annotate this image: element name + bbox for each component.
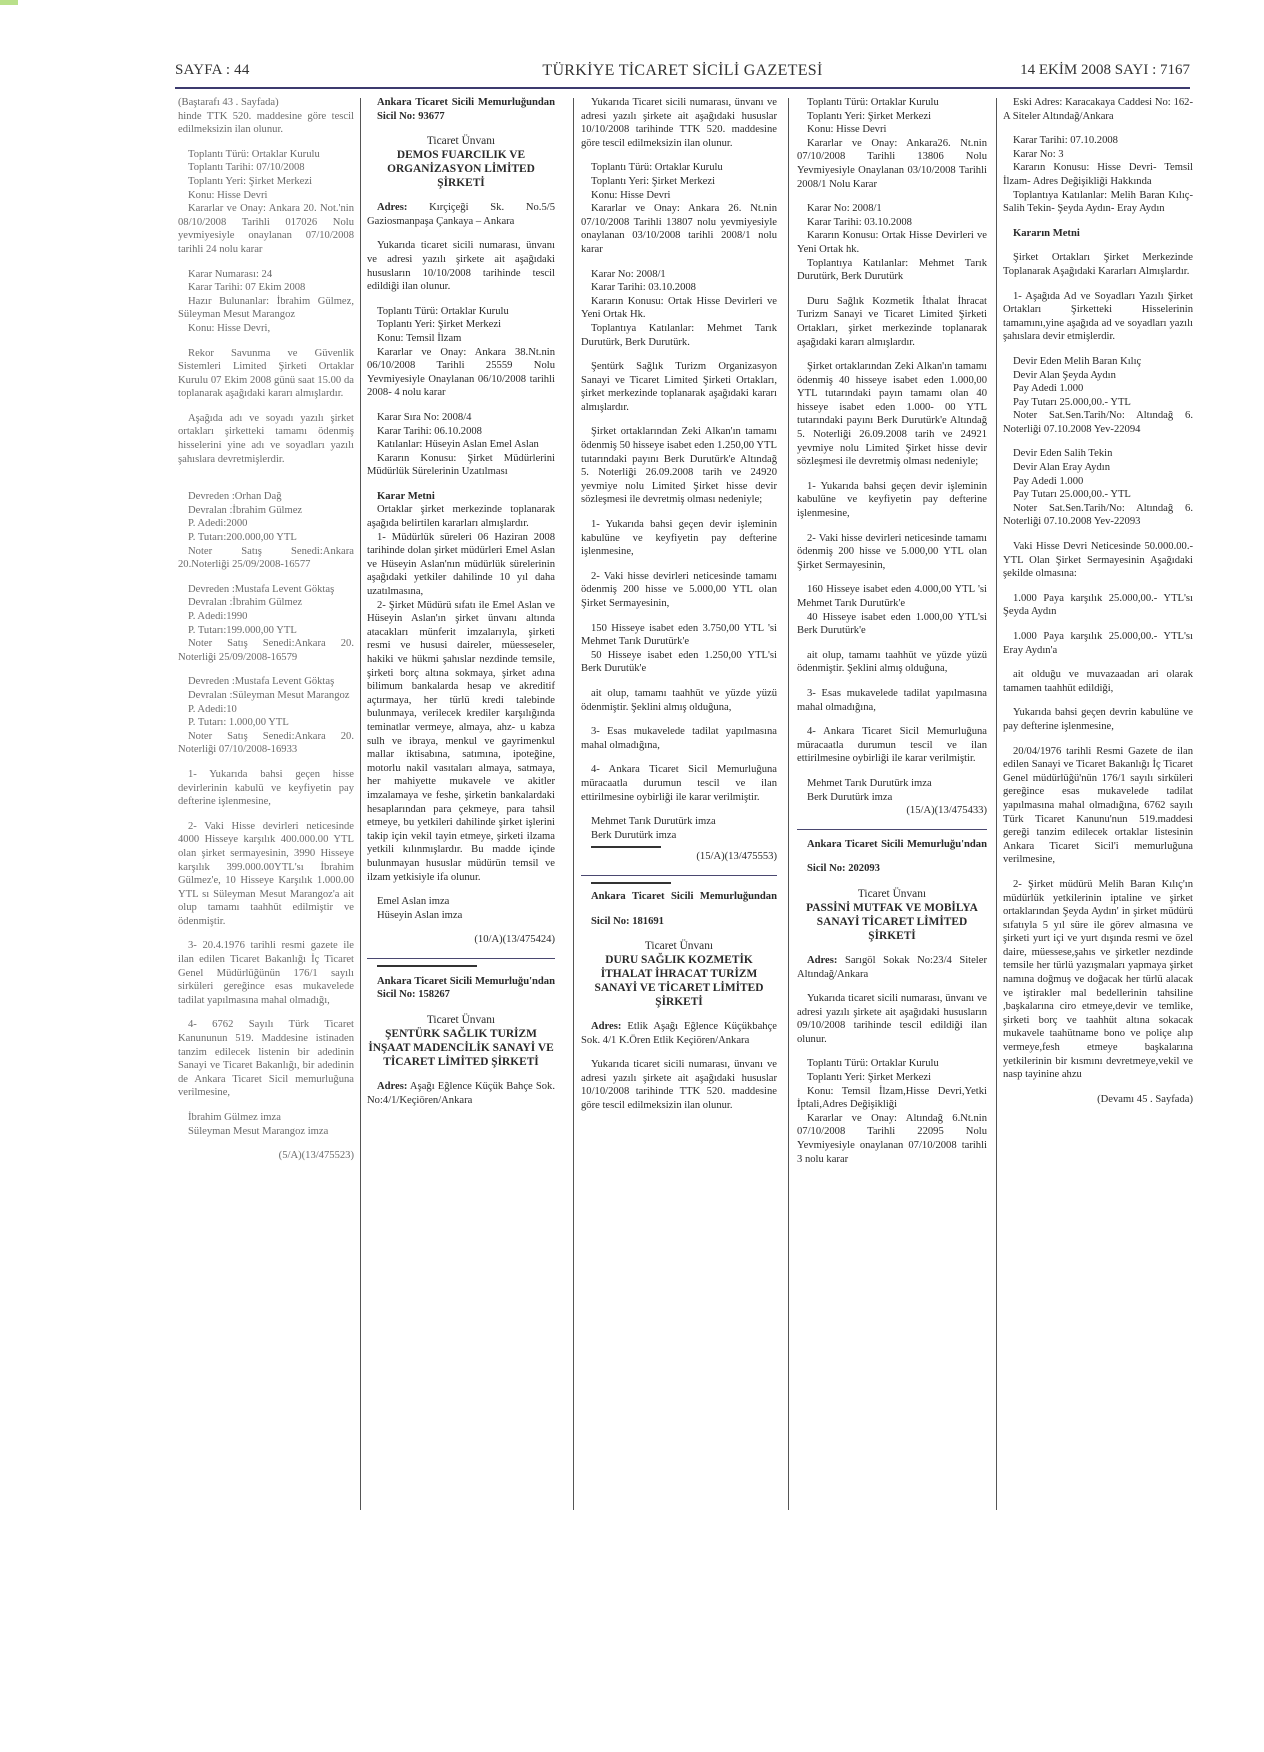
decision-number: Karar No: 3 (1003, 148, 1193, 162)
page-header: SAYFA : 44 TÜRKİYE TİCARET SİCİLİ GAZETE… (175, 60, 1190, 86)
participants: Toplantıya Katılanlar: Mehmet Tarık Duru… (581, 322, 777, 349)
attendees: Hazır Bulunanlar: İbrahim Gülmez, Süleym… (178, 295, 354, 322)
share-line: 160 Hisseye isabet eden 4.000,00 YTL 'si… (797, 583, 987, 610)
meeting-subject: Konu: Temsil İlzam (367, 332, 555, 346)
company-title: Ticaret Ünvanı DEMOS FUARCILIK VE ORGANİ… (367, 134, 555, 190)
title-label: Ticaret Ünvanı (367, 134, 555, 148)
intro-text: hinde TTK 520. maddesine göre tescil edi… (178, 110, 354, 137)
approval-text: Kararlar ve Onay: Altındağ 6.Nt.nin 07/1… (797, 1112, 987, 1166)
paragraph: ait olup, tamamı taahhüt ve yüzde yüzü ö… (797, 649, 987, 676)
paragraph: Vaki Hisse Devri Neticesinde 50.000.00.-… (1003, 540, 1193, 581)
approval-text: Kararlar ve Onay: Ankara 26. Nt.nin 07/1… (581, 202, 777, 256)
transfer-record: Devreden :Mustafa Levent Göktaş Devralan… (178, 583, 354, 665)
decision-date: Karar Tarihi: 07 Ekim 2008 (178, 281, 354, 295)
transferee: Devir Alan Eray Aydın (1003, 461, 1193, 475)
notice-dash (591, 882, 671, 884)
signature: Mehmet Tarık Durutürk imza (797, 777, 987, 791)
transferor: Devreden :Mustafa Levent Göktaş (178, 583, 354, 597)
meeting-type: Toplantı Türü: Ortaklar Kurulu (797, 96, 987, 110)
share-amount: P. Tutarı: 1.000,00 YTL (178, 716, 354, 730)
item-3: 3- 20.4.1976 tarihli resmi gazete ile il… (178, 939, 354, 1007)
registry-office: Ankara Ticaret Sicili Memurluğu'ndan (797, 838, 987, 852)
continued-from: (Baştarafı 43 . Sayfada) (178, 96, 354, 110)
company-name: PASSİNİ MUTFAK VE MOBİLYA SANAYİ TİCARET… (806, 902, 978, 942)
signature: Emel Aslan imza (367, 895, 555, 909)
decision-number: Karar No: 2008/1 (797, 202, 987, 216)
participants: Toplantıya Katılanlar: Mehmet Tarık Duru… (797, 257, 987, 284)
signature: İbrahim Gülmez imza (178, 1111, 354, 1125)
registry-number: Sicil No: 158267 (367, 988, 555, 1002)
notary-info: Noter Satış Senedi:Ankara 20. Noterliği … (178, 637, 354, 664)
office-name: Ankara Ticaret Sicili Memurluğundan (581, 890, 777, 904)
item-2: 2- Vaki Hisse devirleri neticesinde 4000… (178, 820, 354, 929)
item-4: 4- 6762 Sayılı Türk Ticaret Kanununun 51… (178, 1018, 354, 1100)
title-label: Ticaret Ünvanı (581, 939, 777, 953)
signature: Berk Durutürk imza (797, 791, 987, 805)
share-distribution: 150 Hisseye isabet eden 3.750,00 YTL 'si… (581, 622, 777, 676)
decision-text: Karar Metni Ortaklar şirket merkezinde t… (367, 490, 555, 884)
meeting-type: Toplantı Türü: Ortaklar Kurulu (367, 305, 555, 319)
transferee: Devralan :Süleyman Mesut Marangoz (178, 689, 354, 703)
share-line: 1.000 Paya karşılık 25.000,00.- YTL'sı Ş… (1003, 592, 1193, 619)
transferee: Devralan :İbrahim Gülmez (178, 504, 354, 518)
registry-office: Ankara Ticaret Sicili Memurluğundan Sici… (367, 96, 555, 123)
item-1: 1- Müdürlük süreleri 06 Haziran 2008 tar… (367, 531, 555, 599)
decision-number: Karar No: 2008/1 (581, 268, 777, 282)
reference-code: (10/A)(13/475424) (367, 933, 555, 947)
decision-text-heading: Kararın Metni (1003, 227, 1193, 241)
meeting-type: Toplantı Türü: Ortaklar Kurulu (581, 161, 777, 175)
notary-info: Noter Satış Senedi:Ankara 20. Noterliği … (178, 730, 354, 757)
meeting-subject: Konu: Hisse Devri (581, 189, 777, 203)
signatures: Emel Aslan imza Hüseyin Aslan imza (367, 895, 555, 922)
notary-info: Noter Satış Senedi:Ankara 20.Noterliği 2… (178, 545, 354, 572)
participants: Katılanlar: Hüseyin Aslan Emel Aslan (367, 438, 555, 452)
transferee: Devralan :İbrahim Gülmez (178, 596, 354, 610)
signatures: Mehmet Tarık Durutürk imza Berk Durutürk… (797, 777, 987, 804)
intro-text: Yukarıda Ticaret sicili numarası, ünvanı… (581, 96, 777, 150)
share-line: 50 Hisseye isabet eden 1.250,00 YTL'si B… (581, 649, 777, 676)
notice-separator (581, 875, 777, 876)
share-amount: P. Tutarı:200.000,00 YTL (178, 531, 354, 545)
decision-date: Karar Tarihi: 06.10.2008 (367, 425, 555, 439)
paragraph: Rekor Savunma ve Güvenlik Sistemleri Lim… (178, 347, 354, 401)
column-1: (Baştarafı 43 . Sayfada) hinde TTK 520. … (178, 96, 354, 1174)
office-name: Ankara Ticaret Sicili Memurluğu'ndan (367, 975, 555, 989)
reference-code: (15/A)(13/475433) (797, 804, 987, 818)
decision-text-heading: Karar Metni (367, 490, 555, 504)
decision-info: Karar Tarihi: 07.10.2008 Karar No: 3 Kar… (1003, 134, 1193, 216)
column-divider (360, 98, 361, 1510)
column-2: Ankara Ticaret Sicili Memurluğundan Sici… (367, 96, 555, 1118)
share-count: P. Adedi:10 (178, 703, 354, 717)
notary-info: Noter Sat.Sen.Tarih/No: Altındağ 6. Note… (1003, 409, 1193, 436)
address: Adres: Aşağı Eğlence Küçük Bahçe Sok. No… (367, 1080, 555, 1107)
item-1: 1- Yukarıda bahsi geçen devir işleminin … (797, 480, 987, 521)
item-4: 4- Ankara Ticaret Sicil Memurluğuna müra… (797, 725, 987, 766)
share-count: Pay Adedi 1.000 (1003, 382, 1193, 396)
subject: Kararın Konusu: Şirket Müdürlerini Müdür… (367, 452, 555, 479)
approval-text: Kararlar ve Onay: Ankara26. Nt.nin 07/10… (797, 137, 987, 191)
meeting-info: Toplantı Türü: Ortaklar Kurulu Toplantı … (797, 96, 987, 191)
share-amount: Pay Tutarı 25.000,00.- YTL (1003, 396, 1193, 410)
share-amount: Pay Tutarı 25.000,00.- YTL (1003, 488, 1193, 502)
registry-office: Ankara Ticaret Sicili Memurluğu'ndan Sic… (367, 975, 555, 1002)
address-label: Adres: (377, 202, 407, 213)
share-count: P. Adedi:1990 (178, 610, 354, 624)
item-1: 1- Yukarıda bahsi geçen hisse devirlerin… (178, 768, 354, 809)
signature: Süleyman Mesut Marangoz imza (178, 1125, 354, 1139)
share-line: 1.000 Paya karşılık 25.000,00.- YTL'sı E… (1003, 630, 1193, 657)
transferor: Devreden :Orhan Dağ (178, 490, 354, 504)
item-3: 3- Esas mukavelede tadilat yapılmasına m… (581, 725, 777, 752)
column-4: Toplantı Türü: Ortaklar Kurulu Toplantı … (797, 96, 987, 1177)
company-title: Ticaret Ünvanı ŞENTÜRK SAĞLIK TURİZM İNŞ… (367, 1013, 555, 1069)
subject: Kararın Konusu: Ortak Hisse Devirleri ve… (797, 229, 987, 256)
decision-date: Karar Tarihi: 07.10.2008 (1003, 134, 1193, 148)
item-2: 2- Vaki hisse devirleri neticesinde tama… (797, 532, 987, 573)
subject: Konu: Hisse Devri, (178, 322, 354, 336)
registry-number: Sicil No: 202093 (797, 862, 987, 876)
item-4: 4- Ankara Ticaret Sicil Memurluğuna müra… (581, 763, 777, 804)
share-count: Pay Adedi 1.000 (1003, 475, 1193, 489)
share-count: P. Adedi:2000 (178, 517, 354, 531)
meeting-type: Toplantı Türü: Ortaklar Kurulu (178, 148, 354, 162)
meeting-place: Toplantı Yeri: Şirket Merkezi (178, 175, 354, 189)
registry-number: Sicil No: 181691 (581, 915, 777, 929)
column-3: Yukarıda Ticaret sicili numarası, ünvanı… (581, 96, 777, 1124)
company-title: Ticaret Ünvanı DURU SAĞLIK KOZMETİK İTHA… (581, 939, 777, 1009)
paragraph: Aşağıda adı ve soyadı yazılı şirket orta… (178, 412, 354, 466)
paragraph: Duru Sağlık Kozmetik İthalat İhracat Tur… (797, 295, 987, 349)
signatures: İbrahim Gülmez imza Süleyman Mesut Maran… (178, 1111, 354, 1138)
transferor: Devir Eden Salih Tekin (1003, 447, 1193, 461)
decision-number: Karar Numarası: 24 (178, 268, 354, 282)
approval-text: Kararlar ve Onay: Ankara 38.Nt.nin 06/10… (367, 346, 555, 400)
column-divider (788, 98, 789, 1510)
column-divider (996, 98, 997, 1510)
signature: Mehmet Tarık Durutürk imza (581, 815, 777, 829)
paragraph: Şentürk Sağlık Turizm Organizasyon Sanay… (581, 360, 777, 414)
column-5: Eski Adres: Karacakaya Caddesi No: 162- … (1003, 96, 1193, 1117)
old-address: Eski Adres: Karacakaya Caddesi No: 162- … (1003, 96, 1193, 123)
share-distribution: 160 Hisseye isabet eden 4.000,00 YTL 'si… (797, 583, 987, 637)
transferee: Devir Alan Şeyda Aydın (1003, 369, 1193, 383)
meeting-type: Toplantı Türü: Ortaklar Kurulu (797, 1057, 987, 1071)
header-rule (175, 87, 1190, 89)
meeting-date: Toplantı Tarihi: 07/10/2008 (178, 161, 354, 175)
signature: Hüseyin Aslan imza (367, 909, 555, 923)
approval-text: Kararlar ve Onay: Ankara 20. Not.'nin 08… (178, 202, 354, 256)
meeting-info: Toplantı Türü: Ortaklar Kurulu Toplantı … (367, 305, 555, 400)
decision-info: Karar Numarası: 24 Karar Tarihi: 07 Ekim… (178, 268, 354, 336)
paragraph: Şirket ortaklarından Zeki Alkan'ın tamam… (581, 425, 777, 507)
meeting-subject: Konu: Temsil İlzam,Hisse Devri,Yetki İpt… (797, 1085, 987, 1112)
notary-info: Noter Sat.Sen.Tarih/No: Altındağ 6. Note… (1003, 502, 1193, 529)
title-label: Ticaret Ünvanı (797, 887, 987, 901)
registry-office: Ankara Ticaret Sicili Memurluğundan (581, 890, 777, 904)
meeting-subject: Konu: Hisse Devri (797, 123, 987, 137)
subject: Kararın Konusu: Ortak Hisse Devirleri ve… (581, 295, 777, 322)
continued-on: (Devamı 45 . Sayfada) (1003, 1093, 1193, 1107)
share-line: 150 Hisseye isabet eden 3.750,00 YTL 'si… (581, 622, 777, 649)
decision-info: Karar No: 2008/1 Karar Tarihi: 03.10.200… (581, 268, 777, 350)
decision-info: Karar No: 2008/1 Karar Tarihi: 03.10.200… (797, 202, 987, 284)
notice-separator (367, 958, 555, 959)
reference-code: (5/A)(13/475523) (178, 1149, 354, 1163)
meeting-info: Toplantı Türü: Ortaklar Kurulu Toplantı … (178, 148, 354, 257)
notice-dash (377, 965, 477, 967)
transfer-record: Devir Eden Salih Tekin Devir Alan Eray A… (1003, 447, 1193, 529)
transferor: Devir Eden Melih Baran Kılıç (1003, 355, 1193, 369)
paragraph: ait olup, tamamı taahhüt ve yüzde yüzü ö… (581, 687, 777, 714)
company-name: DEMOS FUARCILIK VE ORGANİZASYON LİMİTED … (387, 149, 535, 189)
intro-text: Yukarıda ticaret sicili numarası, ünvanı… (581, 1058, 777, 1112)
meeting-info: Toplantı Türü: Ortaklar Kurulu Toplantı … (797, 1057, 987, 1166)
item-1: 1- Aşağıda Ad ve Soyadları Yazılı Şirket… (1003, 290, 1193, 344)
share-line: 40 Hisseye isabet eden 1.000,00 YTL'si B… (797, 611, 987, 638)
title-label: Ticaret Ünvanı (367, 1013, 555, 1027)
address-label: Adres: (591, 1021, 621, 1032)
meeting-place: Toplantı Yeri: Şirket Merkezi (367, 318, 555, 332)
notice-dash (591, 846, 661, 848)
office-name: Ankara Ticaret Sicili Memurluğu'ndan (797, 838, 987, 852)
decision-info: Karar Sıra No: 2008/4 Karar Tarihi: 06.1… (367, 411, 555, 479)
meeting-info: Toplantı Türü: Ortaklar Kurulu Toplantı … (581, 161, 777, 256)
paragraph: 20/04/1976 tarihli Resmi Gazete de ilan … (1003, 745, 1193, 867)
paragraph: Yukarıda bahsi geçen devrin kabulüne ve … (1003, 706, 1193, 733)
meeting-place: Toplantı Yeri: Şirket Merkezi (581, 175, 777, 189)
scan-corner-mark (0, 0, 18, 5)
signatures: Mehmet Tarık Durutürk imza Berk Durutürk… (581, 815, 777, 842)
transferor: Devreden :Mustafa Levent Göktaş (178, 675, 354, 689)
transfer-record: Devir Eden Melih Baran Kılıç Devir Alan … (1003, 355, 1193, 437)
item-2: 2- Şirket Müdürü sıfatı ile Emel Aslan v… (367, 599, 555, 884)
issue-date: 14 EKİM 2008 SAYI : 7167 (1020, 62, 1190, 79)
address: Adres: Sarıgöl Sokak No:23/4 Siteler Alt… (797, 954, 987, 981)
meeting-subject: Konu: Hisse Devri (178, 189, 354, 203)
office-name: Ankara Ticaret Sicili Memurluğundan (367, 96, 555, 110)
item-1: 1- Yukarıda bahsi geçen devir işleminin … (581, 518, 777, 559)
item-2: 2- Vaki hisse devirleri neticesinde tama… (581, 570, 777, 611)
transfer-record: Devreden :Mustafa Levent Göktaş Devralan… (178, 675, 354, 757)
participants: Toplantıya Katılanlar: Melih Baran Kılıç… (1003, 189, 1193, 216)
subject: Kararın Konusu: Hisse Devri- Temsil İlza… (1003, 161, 1193, 188)
company-name: DURU SAĞLIK KOZMETİK İTHALAT İHRACAT TUR… (595, 954, 764, 1008)
column-divider (573, 98, 574, 1510)
intro-text: Yukarıda ticaret sicili numarası, ünvanı… (797, 992, 987, 1046)
item-2: 2- Şirket müdürü Melih Baran Kılıç'ın mü… (1003, 878, 1193, 1082)
address: Adres: Etlik Aşağı Eğlence Küçükbahçe So… (581, 1020, 777, 1047)
decision-number: Karar Sıra No: 2008/4 (367, 411, 555, 425)
decision-date: Karar Tarihi: 03.10.2008 (797, 216, 987, 230)
share-amount: P. Tutarı:199.000,00 YTL (178, 624, 354, 638)
transfer-record: Devreden :Orhan Dağ Devralan :İbrahim Gü… (178, 490, 354, 572)
meeting-place: Toplantı Yeri: Şirket Merkezi (797, 1071, 987, 1085)
company-name: ŞENTÜRK SAĞLIK TURİZM İNŞAAT MADENCİLİK … (368, 1028, 553, 1068)
address-label: Adres: (807, 955, 837, 966)
notice-separator (797, 829, 987, 830)
address-label: Adres: (377, 1081, 407, 1092)
address: Adres: Kırçiçeği Sk. No.5/5 Gaziosmanpaş… (367, 201, 555, 228)
paragraph: Ortaklar şirket merkezinde toplanarak aş… (367, 503, 555, 530)
intro-text: Yukarıda ticaret sicili numarası, ünvanı… (367, 239, 555, 293)
paragraph: Şirket ortaklarından Zeki Alkan'ın tamam… (797, 360, 987, 469)
registry-number: Sicil No: 93677 (367, 110, 555, 124)
decision-date: Karar Tarihi: 03.10.2008 (581, 281, 777, 295)
item-3: 3- Esas mukavelede tadilat yapılmasına m… (797, 687, 987, 714)
meeting-place: Toplantı Yeri: Şirket Merkezi (797, 110, 987, 124)
paragraph: Şirket Ortakları Şirket Merkezinde Topla… (1003, 251, 1193, 278)
company-title: Ticaret Ünvanı PASSİNİ MUTFAK VE MOBİLYA… (797, 887, 987, 943)
signature: Berk Durutürk imza (581, 829, 777, 843)
reference-code: (15/A)(13/475553) (581, 850, 777, 864)
paragraph: ait olduğu ve muvazaadan ari olarak tama… (1003, 668, 1193, 695)
